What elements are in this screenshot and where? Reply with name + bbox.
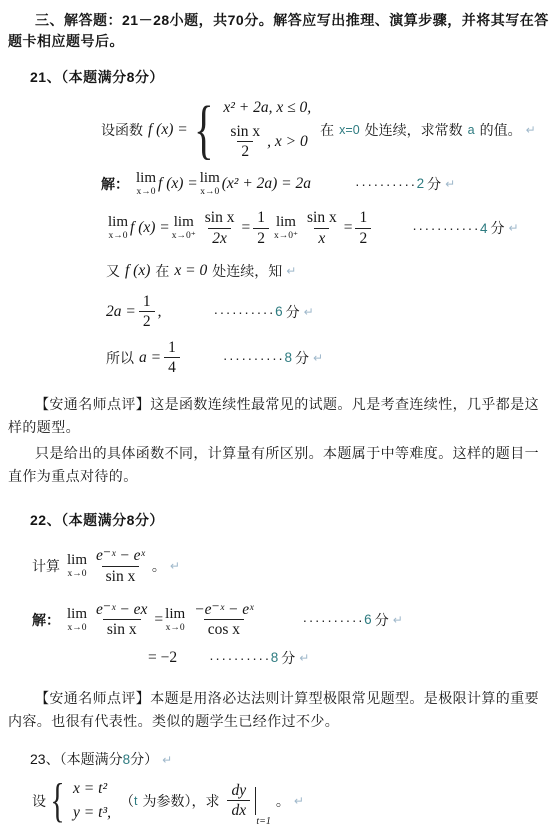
- solution-22-line-2: = −2 ·········· 8 分 ↵: [148, 648, 552, 668]
- stem-lead-text: 设函数: [101, 120, 143, 140]
- return-mark-icon: ↵: [299, 651, 309, 665]
- equals-sign: =: [241, 219, 250, 237]
- fraction: sin x 2: [226, 123, 264, 161]
- fraction-denominator: cos x: [204, 619, 244, 638]
- stem-mid-text-2: 处连续，求常数: [365, 120, 463, 140]
- solution-label: 解：: [32, 610, 60, 630]
- problem-23-title: 23、（本题满分 8 分） ↵: [30, 749, 552, 769]
- score-unit: 分: [281, 648, 295, 668]
- text: 在: [155, 261, 169, 281]
- score-dots: ··········: [213, 304, 275, 320]
- score-value: 6: [364, 612, 372, 627]
- limit-subscript: x→0: [68, 624, 87, 634]
- fraction: 1 4: [164, 339, 180, 377]
- title-text: 23、（本题满分: [30, 749, 123, 769]
- equation-lhs: a =: [139, 349, 161, 367]
- section-header: 三、解答题：21－28小题，共70分。解答应写出推理、演算步骤，并将其写在答题卡…: [8, 10, 552, 52]
- fraction-denominator: 2: [253, 228, 269, 247]
- fraction-numerator: 1: [355, 209, 371, 227]
- expression: (x² + 2a) = 2a: [222, 175, 311, 193]
- limit-subscript: x→0: [137, 188, 156, 198]
- score-dots: ··········: [303, 612, 365, 628]
- teacher-comment-21-part-2: 只是给出的具体函数不同，计算量有所区别。本题属于中等难度。这样的题目一直作为重点…: [8, 442, 552, 488]
- limit-word: lim: [67, 607, 87, 622]
- case-2: sin x 2 , x > 0: [223, 123, 307, 161]
- limit: lim x→0: [108, 215, 128, 242]
- solution-22-line-1: 解： lim x→0 e⁻ˣ − ex sin x = lim x→0 −e⁻ˣ…: [32, 601, 552, 639]
- derivative-fraction: dy dx: [227, 782, 250, 820]
- solution-21-line-4: 2a = 1 2 , ·········· 6 分 ↵: [106, 293, 552, 331]
- fraction-numerator: sin x: [201, 209, 239, 227]
- limit: lim x→0: [165, 607, 185, 634]
- return-mark-icon: ↵: [294, 794, 304, 808]
- problem-21-title: 21、（本题满分8分）: [30, 67, 552, 87]
- return-mark-icon: ↵: [526, 123, 536, 137]
- document-page: 三、解答题：21－28小题，共70分。解答应写出推理、演算步骤，并将其写在答题卡…: [0, 0, 560, 835]
- limit-subscript: x→0⁺: [274, 232, 298, 242]
- score-unit: 分: [295, 348, 309, 368]
- limit-word: lim: [200, 171, 220, 186]
- score-dots: ··········: [209, 650, 271, 666]
- limit-word: lim: [174, 215, 194, 230]
- fraction: sin x x: [303, 209, 341, 247]
- score-unit: 分: [375, 610, 389, 630]
- equals-sign: =: [154, 611, 163, 629]
- condition: x = 0: [174, 262, 207, 280]
- return-mark-icon: ↵: [170, 559, 180, 573]
- fraction-denominator: 4: [164, 357, 180, 376]
- limit-subscript: x→0⁺: [172, 232, 196, 242]
- teacher-comment-21-part-1: 【安通名师点评】这是函数连续性最常见的试题。凡是考查连续性，几乎都是这样的题型。: [8, 393, 552, 439]
- stem-mid-text: 为参数），求: [142, 791, 219, 811]
- stem-mid-text: 在: [320, 120, 334, 140]
- return-mark-icon: ↵: [445, 177, 455, 191]
- limit-subscript: x→0: [109, 232, 128, 242]
- score-unit: 分: [491, 218, 505, 238]
- limit: lim x→0⁺: [172, 215, 196, 242]
- problem-23-statement: 设 { x = t² y = t³, （ t 为参数），求 dy dx t=1 …: [32, 779, 552, 823]
- limit: lim x→0: [67, 553, 87, 580]
- limit: lim x→0: [67, 607, 87, 634]
- fraction-numerator: 1: [164, 339, 180, 357]
- score-value: 8: [271, 650, 279, 665]
- function-notation: f (x): [125, 262, 150, 280]
- piecewise-brace: {: [50, 779, 64, 823]
- return-mark-icon: ↵: [393, 613, 403, 627]
- solution-21-line-5: 所以 a = 1 4 ·········· 8 分 ↵: [106, 339, 552, 377]
- period: 。: [152, 556, 166, 576]
- fraction-numerator: 1: [253, 209, 269, 227]
- limit-word: lim: [67, 553, 87, 568]
- solution-21-line-3: 又 f (x) 在 x = 0 处连续，知 ↵: [106, 261, 552, 281]
- fraction-numerator: sin x: [226, 123, 264, 141]
- return-mark-icon: ↵: [313, 351, 323, 365]
- case-1: x² + 2a, x ≤ 0,: [223, 99, 311, 117]
- fraction-denominator: dx: [227, 800, 250, 819]
- score-dots: ··········: [355, 176, 417, 192]
- score-value: 4: [480, 221, 488, 236]
- score-dots: ··········: [223, 350, 285, 366]
- fraction-numerator: −e⁻ˣ − eˣ: [190, 601, 257, 619]
- fraction: e⁻ˣ − ex sin x: [92, 601, 151, 639]
- expression: f (x) =: [158, 175, 198, 193]
- function-notation: f (x) =: [148, 121, 188, 139]
- fraction-denominator: 2: [355, 228, 371, 247]
- limit-subscript: x→0: [200, 188, 219, 198]
- limit: lim x→0⁺: [274, 215, 298, 242]
- equation-lhs: 2a =: [106, 303, 136, 321]
- fraction-denominator: sin x: [103, 619, 141, 638]
- return-mark-icon: ↵: [286, 264, 296, 278]
- equals-sign: =: [344, 219, 353, 237]
- fraction: 1 2: [253, 209, 269, 247]
- result-expression: = −2: [148, 649, 177, 667]
- stem-lead-text: 设: [32, 791, 46, 811]
- limit: lim x→0: [136, 171, 156, 198]
- expression: f (x) =: [130, 219, 170, 237]
- text: 所以: [106, 348, 134, 368]
- fraction: sin x 2x: [201, 209, 239, 247]
- title-score: 8: [123, 752, 131, 767]
- return-mark-icon: ↵: [162, 753, 172, 767]
- limit-subscript: x→0: [68, 570, 87, 580]
- limit-word: lim: [136, 171, 156, 186]
- text: 处连续，知: [212, 261, 282, 281]
- score-value: 8: [284, 350, 292, 365]
- title-text-end: 分）: [130, 749, 158, 769]
- teacher-comment-22: 【安通名师点评】本题是用洛必达法则计算型极限常见题型。是极限计算的重要内容。也很…: [8, 687, 552, 733]
- fraction-denominator: sin x: [102, 566, 140, 585]
- fraction-numerator: e⁻ˣ − ex: [92, 601, 151, 619]
- comma: ,: [158, 303, 162, 321]
- fraction: 1 2: [139, 293, 155, 331]
- continuity-point: x=0: [339, 123, 360, 137]
- fraction-denominator: 2: [237, 141, 253, 160]
- solution-21-line-1: 解： lim x→0 f (x) = lim x→0 (x² + 2a) = 2…: [101, 171, 552, 198]
- score-unit: 分: [286, 302, 300, 322]
- return-mark-icon: ↵: [304, 305, 314, 319]
- score-dots: ···········: [412, 220, 480, 236]
- problem-21-statement: 设函数 f (x) = { x² + 2a, x ≤ 0, sin x 2 , …: [101, 99, 552, 161]
- score-value: 6: [275, 304, 283, 319]
- text: 又: [106, 261, 120, 281]
- fraction: −e⁻ˣ − eˣ cos x: [190, 601, 257, 639]
- score-value: 2: [417, 176, 425, 191]
- solution-21-line-2: lim x→0 f (x) = lim x→0⁺ sin x 2x = 1 2 …: [106, 209, 552, 247]
- piecewise-cases: x² + 2a, x ≤ 0, sin x 2 , x > 0: [223, 99, 311, 161]
- period: 。: [276, 791, 290, 811]
- stem-end-text: 的值。: [480, 120, 522, 140]
- limit: lim x→0: [200, 171, 220, 198]
- fraction-numerator: 1: [139, 293, 155, 311]
- constant-a: a: [468, 123, 475, 137]
- fraction-numerator: dy: [227, 782, 250, 800]
- fraction: e⁻ˣ − eˣ sin x: [92, 547, 149, 585]
- fraction-denominator: x: [314, 228, 329, 247]
- stem-lead-text: 计算: [32, 556, 60, 576]
- problem-22-title: 22、（本题满分8分）: [30, 510, 552, 530]
- evaluation-bar: [255, 787, 256, 815]
- limit-word: lim: [276, 215, 296, 230]
- equation-y: y = t³,: [73, 804, 111, 822]
- paren-open: （: [120, 791, 134, 811]
- equation-x: x = t²: [73, 780, 107, 798]
- limit-word: lim: [165, 607, 185, 622]
- limit-word: lim: [108, 215, 128, 230]
- case-2-condition: , x > 0: [267, 133, 308, 151]
- return-mark-icon: ↵: [509, 221, 519, 235]
- fraction-numerator: sin x: [303, 209, 341, 227]
- fraction-denominator: 2x: [208, 228, 231, 247]
- fraction-denominator: 2: [139, 311, 155, 330]
- score-unit: 分: [427, 174, 441, 194]
- piecewise-brace: {: [194, 100, 214, 160]
- limit-subscript: x→0: [166, 624, 185, 634]
- solution-label: 解：: [101, 174, 129, 194]
- fraction-numerator: e⁻ˣ − eˣ: [92, 547, 149, 565]
- parametric-equations: x = t² y = t³,: [73, 780, 111, 822]
- fraction: 1 2: [355, 209, 371, 247]
- parameter-t: t: [134, 794, 137, 808]
- problem-22-statement: 计算 lim x→0 e⁻ˣ − eˣ sin x 。 ↵: [32, 547, 552, 585]
- evaluation-subscript: t=1: [256, 816, 271, 827]
